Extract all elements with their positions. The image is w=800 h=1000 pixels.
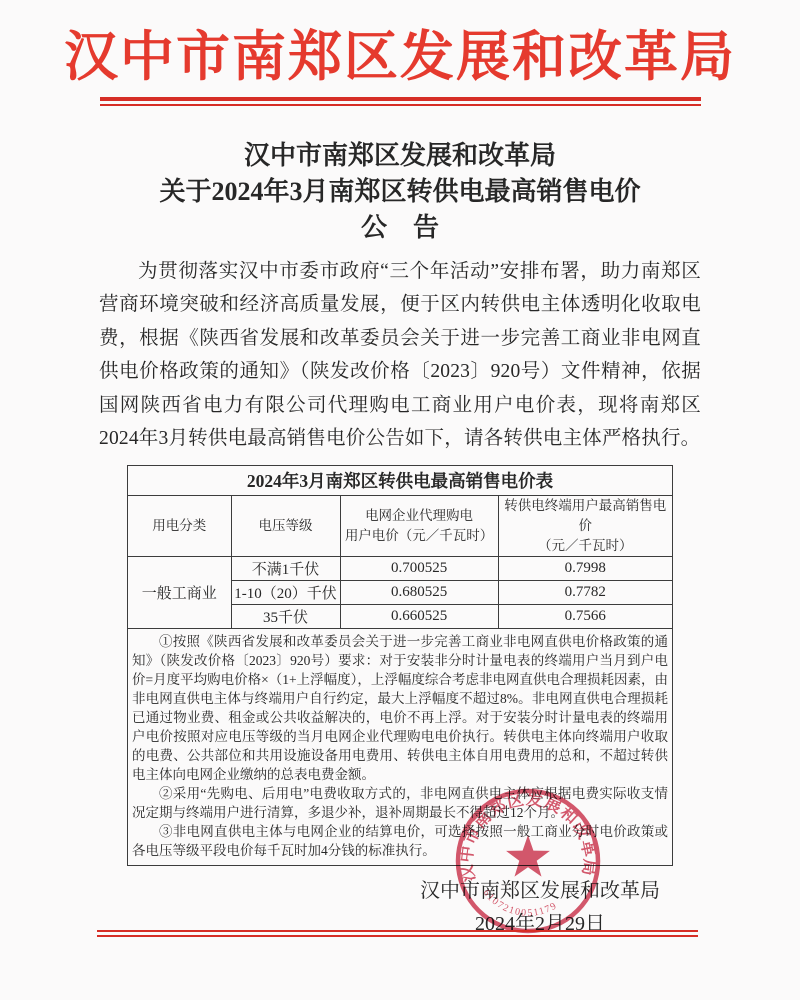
voltage-cell: 不满1千伏 [231,557,340,581]
note-1: ①按照《陕西省发展和改革委员会关于进一步完善工商业非电网直供电价格政策的通知》（… [132,632,668,784]
agency-price-cell: 0.660525 [340,605,498,629]
max-price-cell: 0.7782 [498,581,672,605]
official-seal: 汉中市南郑区发展和改革局 6107210051179 [453,786,603,936]
header-voltage-level: 电压等级 [231,495,340,557]
body-paragraph: 为贯彻落实汉中市委市政府“三个年活动”安排布署，助力南郑区营商环境突破和经济高质… [99,255,701,456]
announcement-heading: 公 告 [0,210,800,246]
svg-text:汉中市南郑区发展和改革局: 汉中市南郑区发展和改革局 [455,788,599,883]
table-header-row: 用电分类 电压等级 电网企业代理购电 用户电价（元／千瓦时） 转供电终端用户最高… [128,495,673,557]
letterhead-divider-rule [100,97,701,106]
header-max-sale-price: 转供电终端用户最高销售电价 （元／千瓦时） [498,495,672,557]
voltage-cell: 1-10（20）千伏 [231,581,340,605]
letterhead-org-name: 汉中市南郑区发展和改革局 [0,0,800,92]
star-icon [506,835,550,877]
svg-text:6107210051179: 6107210051179 [481,888,560,919]
voltage-cell: 35千伏 [231,605,340,629]
seal-code: 6107210051179 [481,888,560,919]
table-row: 一般工商业 不满1千伏 0.700525 0.7998 [128,557,673,581]
agency-price-cell: 0.680525 [340,581,498,605]
header-agency-price: 电网企业代理购电 用户电价（元／千瓦时） [340,495,498,557]
document-title: 汉中市南郑区发展和改革局 关于2024年3月南郑区转供电最高销售电价 公 告 [0,138,800,246]
seal-arc-text: 汉中市南郑区发展和改革局 [455,788,599,883]
document-title-line1: 汉中市南郑区发展和改革局 [0,138,800,174]
max-price-cell: 0.7998 [498,557,672,581]
agency-price-cell: 0.700525 [340,557,498,581]
document-title-line2: 关于2024年3月南郑区转供电最高销售电价 [0,174,800,210]
announcement-page: { "letterhead": { "org": "汉中市南郑区发展和改革局" … [0,0,800,1000]
max-price-cell: 0.7566 [498,605,672,629]
table-title: 2024年3月南郑区转供电最高销售电价表 [128,465,673,495]
footer-divider-rule [97,930,698,937]
table-title-row: 2024年3月南郑区转供电最高销售电价表 [128,465,673,495]
usage-category-cell: 一般工商业 [128,557,232,629]
header-usage-category: 用电分类 [128,495,232,557]
